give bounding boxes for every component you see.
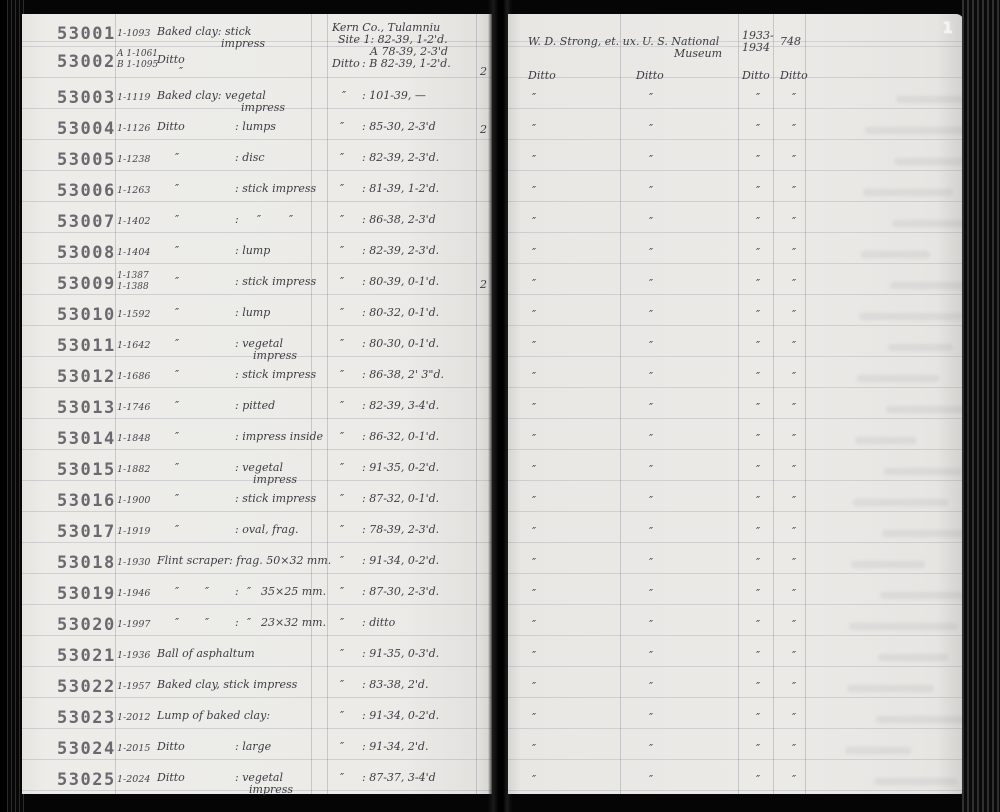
number-ditto-mark: ″	[792, 650, 796, 662]
object-description: : impress inside	[235, 431, 323, 443]
site-provenance: : ditto	[362, 617, 395, 629]
accession-number: 1-1126	[117, 123, 150, 135]
museum-ditto-mark: ″	[649, 92, 653, 104]
ledger-row: 530191-1946″″:″35×25 mm.″: 87-30, 2-3'd.	[22, 584, 492, 615]
page-stack-edge-right	[962, 0, 1000, 812]
collector-name: W. D. Strong, et. ux.	[528, 36, 639, 48]
accession-number: 1-1946	[117, 588, 150, 600]
site-provenance: : 91-35, 0-3'd.	[362, 648, 439, 660]
site-provenance: : 85-30, 2-3'd	[362, 121, 436, 133]
ledger-right-page: W. D. Strong, et. ux. U. S. National Mus…	[508, 14, 964, 794]
museum-ditto-mark: ″	[649, 712, 653, 724]
site-provenance: : 101-39, —	[362, 90, 426, 102]
catalog-number: 53014	[57, 429, 116, 449]
catalog-number: 53025	[57, 770, 116, 790]
catalog-number: 53008	[57, 243, 116, 263]
site-provenance: ″	[340, 524, 344, 536]
number-ditto-mark: ″	[792, 495, 796, 507]
object-description: impress	[249, 784, 293, 796]
accession-number: 1-1387	[117, 271, 149, 281]
ledger-row: 530091-13871-1388″: stick impress″: 80-3…	[22, 274, 492, 305]
ledger-row: 530131-1746″: pitted″: 82-39, 3-4'd.	[22, 398, 492, 429]
collector-ditto-mark: ″	[532, 774, 536, 786]
museum-ditto-mark: ″	[649, 185, 653, 197]
collector-ditto-mark: ″	[532, 371, 536, 383]
object-description: :	[235, 214, 239, 226]
catalog-number: 53010	[57, 305, 116, 325]
date-ditto-mark: ″	[756, 216, 760, 228]
site-provenance: Ditto	[332, 58, 360, 70]
accession-number: 1-1746	[117, 402, 150, 414]
ledger-row-ditto-marks: ″″″″	[508, 338, 964, 369]
number-ditto-mark: ″	[792, 216, 796, 228]
object-description: :	[235, 617, 239, 629]
number-ditto-mark: ″	[792, 247, 796, 259]
date-ditto-mark: ″	[756, 92, 760, 104]
catalog-number: 53012	[57, 367, 116, 387]
site-provenance: ″	[340, 555, 344, 567]
collector-ditto-mark: ″	[532, 247, 536, 259]
museum-ditto-mark: ″	[649, 433, 653, 445]
object-description: : large	[235, 741, 271, 753]
museum-ditto-mark: ″	[649, 681, 653, 693]
catalog-number: 53015	[57, 460, 116, 480]
ledger-row: 530251-2024Ditto: vegetalimpress″: 87-37…	[22, 770, 492, 801]
site-provenance: ″	[340, 679, 344, 691]
ledger-left-page: 530011-1093Baked clay: stickimpressKern …	[22, 14, 492, 794]
ledger-row: 530061-1263″: stick impress″: 81-39, 1-2…	[22, 181, 492, 212]
collector-ditto-mark: ″	[532, 309, 536, 321]
object-description: : stick impress	[235, 183, 316, 195]
object-description: ″	[247, 617, 251, 629]
ink-bleed-through	[849, 623, 957, 630]
object-description: impress	[241, 102, 285, 114]
site-provenance: ″	[340, 772, 344, 784]
accession-number: 1-1388	[117, 282, 149, 292]
collector-ditto-mark: ″	[532, 681, 536, 693]
number-ditto-mark: ″	[792, 557, 796, 569]
museum-ditto-mark: ″	[649, 216, 653, 228]
site-provenance: ″	[340, 741, 344, 753]
date-ditto-mark: ″	[756, 650, 760, 662]
ledger-row: 530141-1848″: impress inside″: 86-32, 0-…	[22, 429, 492, 460]
ledger-row-ditto-marks: ″″″″	[508, 400, 964, 431]
accession-number: 1-2015	[117, 743, 150, 755]
accession-number: 1-1930	[117, 557, 150, 569]
catalog-number: 53004	[57, 119, 116, 139]
accession-number: 1-1263	[117, 185, 150, 197]
museum-ditto-mark: ″	[649, 371, 653, 383]
date-ditto-mark: ″	[756, 774, 760, 786]
number-ditto-mark: ″	[792, 619, 796, 631]
museum-ditto-mark: ″	[649, 464, 653, 476]
object-description: ″	[175, 493, 179, 505]
ledger-row: 530181-1930Flint scraper: frag. 50×32 mm…	[22, 553, 492, 584]
number-ditto-mark: ″	[792, 185, 796, 197]
museum-ditto-mark: ″	[649, 774, 653, 786]
date-ditto-mark: ″	[756, 712, 760, 724]
object-description: ″	[205, 586, 209, 598]
catalog-number: 53001	[57, 24, 116, 44]
site-provenance: ″	[342, 90, 346, 102]
number-ditto-mark: ″	[792, 712, 796, 724]
site-provenance: : 87-37, 3-4'd	[362, 772, 436, 784]
site-provenance: : 87-32, 0-1'd.	[362, 493, 439, 505]
museum-name-line2: Museum	[674, 48, 722, 60]
site-provenance: ″	[340, 214, 344, 226]
ink-bleed-through	[888, 344, 953, 351]
ledger-row: 530071-1402″:″″″: 86-38, 2-3'd	[22, 212, 492, 243]
object-description: ″	[175, 462, 179, 474]
site-provenance: ″	[340, 493, 344, 505]
site-provenance: : 83-38, 2'd.	[362, 679, 428, 691]
accession-number: 1-1238	[117, 154, 150, 166]
collector-ditto-mark: ″	[532, 743, 536, 755]
ink-bleed-through	[894, 158, 967, 165]
collector-ditto-mark: ″	[532, 340, 536, 352]
site-provenance: ″	[340, 617, 344, 629]
number-ditto-mark: ″	[792, 340, 796, 352]
ledger-row: 530211-1936Ball of asphaltum″: 91-35, 0-…	[22, 646, 492, 677]
accession-number: 1-2024	[117, 774, 150, 786]
site-provenance: ″	[340, 710, 344, 722]
museum-ditto-mark: ″	[649, 743, 653, 755]
collector-ditto-mark: ″	[532, 123, 536, 135]
museum-ditto-mark: ″	[649, 588, 653, 600]
catalog-number: 53018	[57, 553, 116, 573]
site-provenance: : 82-39, 2-3'd.	[362, 245, 439, 257]
object-description: : stick impress	[235, 369, 316, 381]
accession-number: 1-1882	[117, 464, 150, 476]
site-provenance: : 78-39, 2-3'd.	[362, 524, 439, 536]
page-number-label: 1	[942, 18, 953, 37]
date-ditto-mark: ″	[756, 309, 760, 321]
ledger-row: 530051-1238″: disc″: 82-39, 2-3'd.	[22, 150, 492, 181]
ink-bleed-through	[845, 747, 911, 754]
ledger-row-ditto-marks: ″″″″	[508, 214, 964, 245]
number-ditto-mark: ″	[792, 681, 796, 693]
site-provenance: : B 82-39, 1-2'd.	[362, 58, 451, 70]
object-description: impress	[253, 474, 297, 486]
collector-ditto-mark: ″	[532, 216, 536, 228]
ink-bleed-through	[851, 561, 925, 568]
date-ditto-mark: ″	[756, 154, 760, 166]
ink-bleed-through	[853, 499, 948, 506]
object-description: : stick impress	[235, 493, 316, 505]
object-description: impress	[221, 38, 265, 50]
date-ditto-mark: ″	[756, 588, 760, 600]
object-description: ″	[175, 586, 179, 598]
ledger-row-ditto-marks: ″″″″	[508, 183, 964, 214]
ledger-row-ditto-marks: ″″″″	[508, 493, 964, 524]
site-provenance: ″	[340, 121, 344, 133]
accession-number: 1-2012	[117, 712, 150, 724]
collector-ditto-mark: ″	[532, 278, 536, 290]
ledger-row: 530241-2015Ditto: large″: 91-34, 2'd.	[22, 739, 492, 770]
date-ditto-mark: ″	[756, 743, 760, 755]
museum-ditto: Ditto	[636, 70, 664, 82]
catalog-number: 53020	[57, 615, 116, 635]
accession-number: B 1-1095	[117, 60, 158, 70]
catalog-number: 53013	[57, 398, 116, 418]
object-description: Ditto	[157, 741, 185, 753]
date-ditto-mark: ″	[756, 433, 760, 445]
catalog-number: 53003	[57, 88, 116, 108]
ledger-row-ditto-marks: ″″″″	[508, 121, 964, 152]
ink-bleed-through	[878, 654, 948, 661]
ledger-row-ditto-marks: ″″″″	[508, 369, 964, 400]
object-description: : stick impress	[235, 276, 316, 288]
ledger-row-ditto-marks: ″″″″	[508, 90, 964, 121]
date-ditto: Ditto	[742, 70, 770, 82]
ledger-row-ditto-marks: ″″″″	[508, 431, 964, 462]
date-ditto-mark: ″	[756, 402, 760, 414]
catalog-number: 53002	[57, 52, 116, 72]
accession-number: 1-1119	[117, 92, 150, 104]
ink-bleed-through	[857, 375, 939, 382]
site-provenance: ″	[340, 276, 344, 288]
date-ditto-mark: ″	[756, 495, 760, 507]
site-provenance: : 86-38, 2' 3"d.	[362, 369, 444, 381]
ink-bleed-through	[863, 189, 953, 196]
accession-number: 1-1093	[117, 28, 150, 40]
ledger-row-collector: W. D. Strong, et. ux. U. S. National Mus…	[508, 30, 964, 61]
ledger-row-ditto-marks: ″″″″	[508, 555, 964, 586]
specimen-count: 2	[480, 66, 487, 78]
ledger-row-ditto-marks: ″″″″	[508, 710, 964, 741]
object-description: Ball of asphaltum	[157, 648, 255, 660]
page-stack-edge-left	[0, 0, 24, 812]
object-description: ″	[175, 400, 179, 412]
object-description: ″	[205, 617, 209, 629]
site-provenance: ″	[340, 400, 344, 412]
ledger-row: 530201-1997″″:″23×32 mm.″: ditto	[22, 615, 492, 646]
catalog-number: 53024	[57, 739, 116, 759]
ledger-row-ditto-marks: ″″″″	[508, 276, 964, 307]
collector-ditto-mark: ″	[532, 402, 536, 414]
ledger-row: 530111-1642″: vegetalimpress″: 80-30, 0-…	[22, 336, 492, 367]
date-ditto-mark: ″	[756, 278, 760, 290]
site-provenance: ″	[340, 307, 344, 319]
object-description: : lump	[235, 245, 270, 257]
object-description: ″	[175, 183, 179, 195]
site-provenance: ″	[340, 586, 344, 598]
collector-ditto-mark: ″	[532, 464, 536, 476]
ledger-row: 530101-1592″: lump″: 80-32, 0-1'd.	[22, 305, 492, 336]
collector-ditto-mark: ″	[532, 712, 536, 724]
museum-ditto-mark: ″	[649, 247, 653, 259]
site-provenance: : 82-39, 2-3'd.	[362, 152, 439, 164]
ledger-row-ditto-marks: ″″″″	[508, 741, 964, 772]
object-description: ″	[289, 214, 293, 226]
site-provenance: ″	[340, 152, 344, 164]
series-number: 748	[780, 36, 801, 48]
ledger-row: 530041-1126Ditto: lumps″: 85-30, 2-3'd2	[22, 119, 492, 150]
object-description: ″	[175, 276, 179, 288]
collector-ditto-mark: ″	[532, 495, 536, 507]
object-description: 35×25 mm.	[261, 586, 326, 598]
ledger-row: 530121-1686″: stick impress″: 86-38, 2' …	[22, 367, 492, 398]
site-provenance: ″	[340, 648, 344, 660]
catalog-number: 53006	[57, 181, 116, 201]
catalog-number: 53005	[57, 150, 116, 170]
museum-ditto-mark: ″	[649, 526, 653, 538]
object-description: Ditto	[157, 121, 185, 133]
ink-bleed-through	[861, 251, 930, 258]
object-description: ″	[175, 338, 179, 350]
museum-ditto-mark: ″	[649, 557, 653, 569]
site-provenance: : 80-30, 0-1'd.	[362, 338, 439, 350]
specimen-count: 2	[480, 124, 487, 136]
museum-ditto-mark: ″	[649, 309, 653, 321]
accession-number: 1-1592	[117, 309, 150, 321]
date-ditto-mark: ″	[756, 526, 760, 538]
object-description: ″	[247, 586, 251, 598]
accession-number: 1-1404	[117, 247, 150, 259]
date-ditto-mark: ″	[756, 340, 760, 352]
catalog-number: 53007	[57, 212, 116, 232]
ledger-row-ditto-marks: ″″″″	[508, 152, 964, 183]
object-description: Flint scraper: frag. 50×32 mm.	[157, 555, 331, 567]
ledger-row: 530161-1900″: stick impress″: 87-32, 0-1…	[22, 491, 492, 522]
site-provenance: ″	[340, 183, 344, 195]
ink-bleed-through	[884, 468, 962, 475]
object-description: ″	[175, 369, 179, 381]
accession-number: 1-1997	[117, 619, 150, 631]
site-provenance: : 86-38, 2-3'd	[362, 214, 436, 226]
object-description: ″	[175, 307, 179, 319]
ledger-row: 530221-1957Baked clay, stick impress″: 8…	[22, 677, 492, 708]
ledger-row: 530081-1404″: lump″: 82-39, 2-3'd.	[22, 243, 492, 274]
catalog-number: 53017	[57, 522, 116, 542]
collector-ditto: Ditto	[528, 70, 556, 82]
ledger-photo: 530011-1093Baked clay: stickimpressKern …	[0, 0, 1000, 812]
date-ditto-mark: ″	[756, 464, 760, 476]
museum-ditto-mark: ″	[649, 402, 653, 414]
accession-number: 1-1936	[117, 650, 150, 662]
site-provenance: ″	[340, 431, 344, 443]
date-ditto-mark: ″	[756, 247, 760, 259]
ink-bleed-through	[855, 437, 916, 444]
museum-ditto-mark: ″	[649, 154, 653, 166]
collector-ditto-mark: ″	[532, 433, 536, 445]
ledger-row-ditto-marks: ″″″″	[508, 679, 964, 710]
collector-ditto-mark: ″	[532, 154, 536, 166]
accession-number: 1-1900	[117, 495, 150, 507]
ledger-row: 53002A 1-1061B 1-1095Ditto″A 78-39, 2-3'…	[22, 52, 492, 83]
date-ditto-mark: ″	[756, 681, 760, 693]
catalog-number: 53019	[57, 584, 116, 604]
object-description: Ditto	[157, 772, 185, 784]
ledger-row: 530151-1882″: vegetalimpress″: 91-35, 0-…	[22, 460, 492, 491]
ink-bleed-through	[859, 313, 962, 320]
accession-number: A 1-1061	[117, 49, 158, 59]
catalog-number: 53022	[57, 677, 116, 697]
ledger-row-ditto-marks: ″″″″	[508, 586, 964, 617]
collector-ditto-mark: ″	[532, 588, 536, 600]
object-description: Lump of baked clay:	[157, 710, 270, 722]
object-description: impress	[253, 350, 297, 362]
site-provenance: : 91-34, 0-2'd.	[362, 555, 439, 567]
site-provenance: : 80-32, 0-1'd.	[362, 307, 439, 319]
ledger-row-ditto-marks: ″″″″	[508, 307, 964, 338]
object-description: ″	[175, 524, 179, 536]
catalog-number: 53016	[57, 491, 116, 511]
site-provenance: ″	[340, 369, 344, 381]
catalog-number: 53021	[57, 646, 116, 666]
object-description: : lump	[235, 307, 270, 319]
object-description: : disc	[235, 152, 265, 164]
date-line2: 1934	[742, 42, 770, 54]
date-ditto-mark: ″	[756, 371, 760, 383]
ledger-row: 530031-1119Baked clay: vegetalimpress″: …	[22, 88, 492, 119]
date-ditto-mark: ″	[756, 185, 760, 197]
museum-ditto-mark: ″	[649, 650, 653, 662]
site-provenance: : 80-39, 0-1'd.	[362, 276, 439, 288]
object-description: ″	[175, 152, 179, 164]
collector-ditto-mark: ″	[532, 526, 536, 538]
number-ditto-mark: ″	[792, 154, 796, 166]
object-description: Baked clay, stick impress	[157, 679, 297, 691]
number-ditto-mark: ″	[792, 464, 796, 476]
ink-bleed-through	[874, 778, 957, 785]
collector-ditto-mark: ″	[532, 650, 536, 662]
object-description: ″	[257, 214, 261, 226]
accession-number: 1-1402	[117, 216, 150, 228]
number-ditto-mark: ″	[792, 774, 796, 786]
number-ditto: Ditto	[780, 70, 808, 82]
catalog-number: 53023	[57, 708, 116, 728]
number-ditto-mark: ″	[792, 309, 796, 321]
site-provenance: : 82-39, 3-4'd.	[362, 400, 439, 412]
catalog-number: 53011	[57, 336, 116, 356]
number-ditto-mark: ″	[792, 743, 796, 755]
museum-ditto-mark: ″	[649, 278, 653, 290]
ink-bleed-through	[865, 127, 976, 134]
accession-number: 1-1919	[117, 526, 150, 538]
ledger-row-ditto-marks: ″″″″	[508, 648, 964, 679]
object-description: ″	[175, 214, 179, 226]
site-provenance: : 91-34, 0-2'd.	[362, 710, 439, 722]
catalog-number: 53009	[57, 274, 116, 294]
object-description: :	[235, 586, 239, 598]
ink-bleed-through	[880, 592, 971, 599]
site-provenance: ″	[340, 245, 344, 257]
object-description: : lumps	[235, 121, 276, 133]
ledger-row-ditto-marks: ″″″″	[508, 245, 964, 276]
collector-ditto-mark: ″	[532, 92, 536, 104]
ledger-row-ditto-marks: ″″″″	[508, 524, 964, 555]
object-description: ″	[175, 617, 179, 629]
site-provenance: ″	[340, 462, 344, 474]
object-description: 23×32 mm.	[261, 617, 326, 629]
object-description: ″	[175, 245, 179, 257]
number-ditto-mark: ″	[792, 92, 796, 104]
number-ditto-mark: ″	[792, 123, 796, 135]
ledger-row-ditto-marks: ″″″″	[508, 462, 964, 493]
accession-number: 1-1848	[117, 433, 150, 445]
object-description: ″	[175, 431, 179, 443]
object-description: : pitted	[235, 400, 275, 412]
accession-number: 1-1686	[117, 371, 150, 383]
accession-number: 1-1957	[117, 681, 150, 693]
museum-ditto-mark: ″	[649, 123, 653, 135]
site-provenance: : 91-35, 0-2'd.	[362, 462, 439, 474]
number-ditto-mark: ″	[792, 371, 796, 383]
date-ditto-mark: ″	[756, 619, 760, 631]
museum-ditto-mark: ″	[649, 495, 653, 507]
site-provenance: : 86-32, 0-1'd.	[362, 431, 439, 443]
